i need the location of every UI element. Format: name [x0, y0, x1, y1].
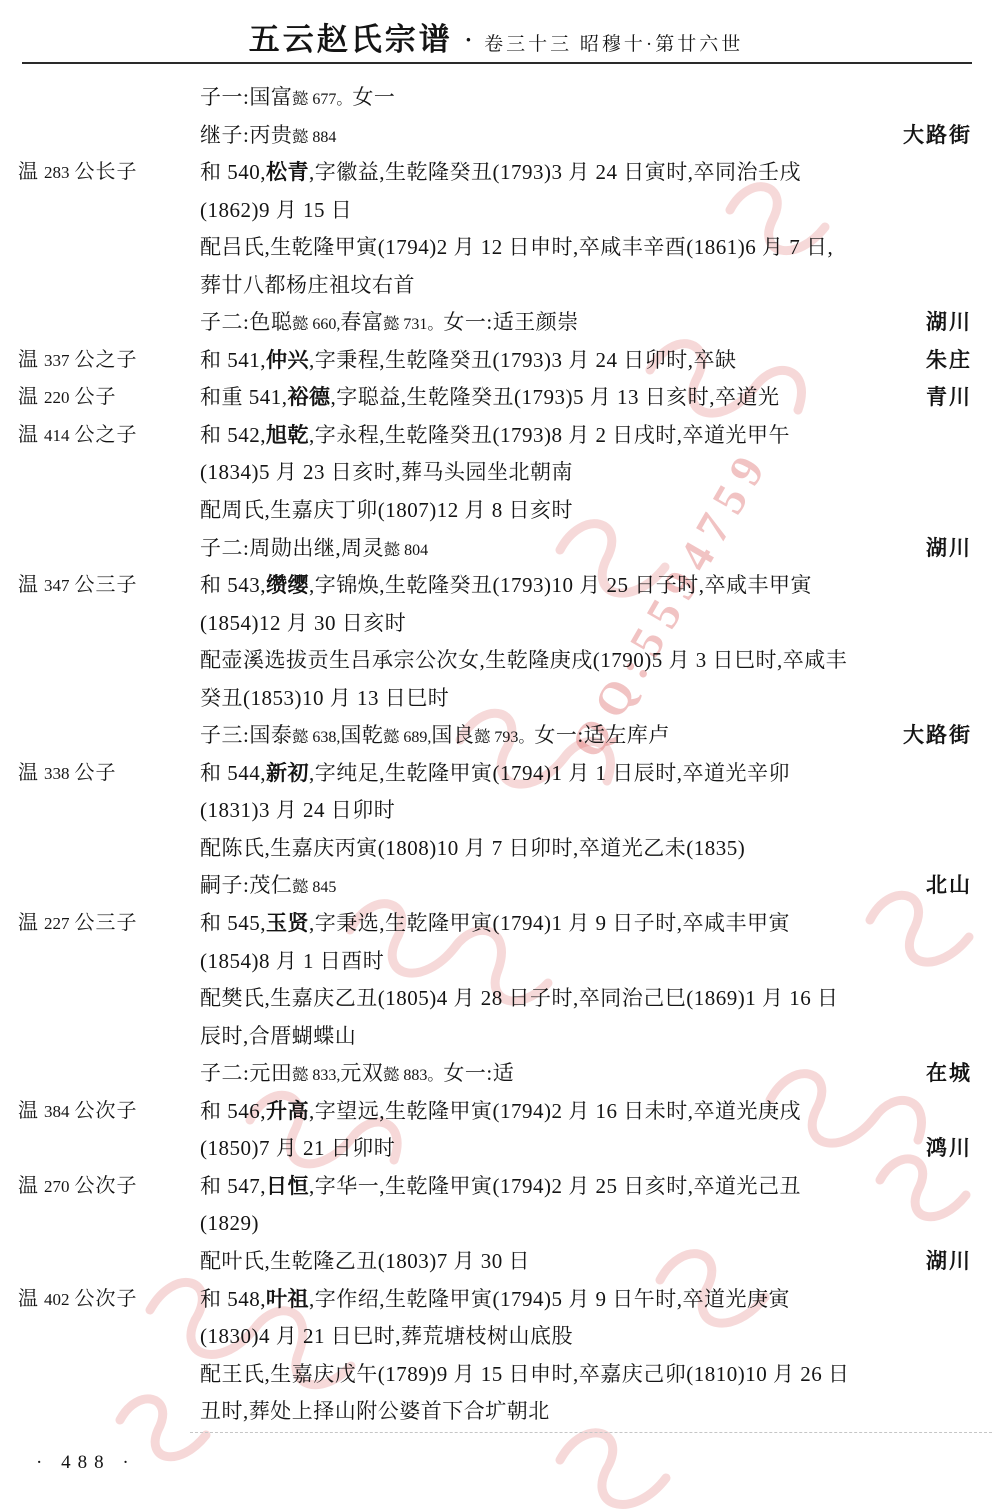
record-line: 继子:丙贵懿 884大路街: [0, 117, 992, 155]
record-line: 温347公三子和 543,缵缨,字锦焕,生乾隆癸丑(1793)10 月 25 日…: [0, 567, 992, 605]
record-line: 葬廿八都杨庄祖坟右首: [0, 267, 992, 305]
record-text: 和 548,叶祖,字作绍,生乾隆甲寅(1794)5 月 9 日午时,卒道光庚寅: [200, 1287, 790, 1311]
generation-label: 温414公之子: [18, 417, 138, 455]
record-text: 葬廿八都杨庄祖坟右首: [200, 273, 415, 297]
record-line: 温384公次子和 546,升高,字望远,生乾隆甲寅(1794)2 月 16 日未…: [0, 1093, 992, 1131]
record-line: 配周氏,生嘉庆丁卯(1807)12 月 8 日亥时: [0, 492, 992, 530]
place-name: 鸿川: [926, 1130, 972, 1168]
record-line: 配王氏,生嘉庆戊午(1789)9 月 15 日申时,卒嘉庆己卯(1810)10 …: [0, 1356, 992, 1394]
record-line: 嗣子:茂仁懿 845北山: [0, 867, 992, 905]
record-text: 子二:色聪懿 660,春富懿 731。女一:适王颜崇: [200, 310, 579, 334]
record-line: 温220公子和重 541,裕德,字聪益,生乾隆癸丑(1793)5 月 13 日亥…: [0, 379, 992, 417]
record-text: 配樊氏,生嘉庆乙丑(1805)4 月 28 日子时,卒同治己巳(1869)1 月…: [200, 986, 838, 1010]
record-line: 子二:周勋出继,周灵懿 804湖川: [0, 530, 992, 568]
record-text: 和重 541,裕德,字聪益,生乾隆癸丑(1793)5 月 13 日亥时,卒道光: [200, 385, 780, 409]
record-text: 辰时,合厝蝴蝶山: [200, 1024, 356, 1048]
place-name: 湖川: [926, 1243, 972, 1281]
record-line: 温270公次子和 547,日恒,字华一,生乾隆甲寅(1794)2 月 25 日亥…: [0, 1168, 992, 1206]
generation-label: 温347公三子: [18, 567, 138, 605]
record-text: 和 545,玉贤,字秉选,生乾隆甲寅(1794)1 月 9 日子时,卒咸丰甲寅: [200, 911, 790, 935]
record-text: 子二:元田懿 833,元双懿 883。女一:适: [200, 1061, 514, 1085]
page-number: · 488 ·: [36, 1452, 136, 1474]
header-rule: [22, 62, 972, 64]
record-line: 温402公次子和 548,叶祖,字作绍,生乾隆甲寅(1794)5 月 9 日午时…: [0, 1281, 992, 1319]
place-name: 湖川: [926, 530, 972, 568]
record-line: 子三:国泰懿 638,国乾懿 689,国良懿 793。女一:适左库卢大路街: [0, 717, 992, 755]
record-text: 配周氏,生嘉庆丁卯(1807)12 月 8 日亥时: [200, 498, 573, 522]
record-text: (1854)8 月 1 日酉时: [200, 949, 384, 973]
record-line: (1831)3 月 24 日卯时: [0, 792, 992, 830]
record-line: 子一:国富懿 677。女一: [0, 79, 992, 117]
record-line: 癸丑(1853)10 月 13 日巳时: [0, 680, 992, 718]
record-line: 辰时,合厝蝴蝶山: [0, 1018, 992, 1056]
record-text: (1831)3 月 24 日卯时: [200, 798, 395, 822]
generation-label: 温338公子: [18, 755, 117, 793]
generation-label: 温283公长子: [18, 154, 138, 192]
genealogy-records: 子一:国富懿 677。女一继子:丙贵懿 884大路街温283公长子和 540,松…: [0, 79, 992, 1431]
record-line: 子二:色聪懿 660,春富懿 731。女一:适王颜崇湖川: [0, 304, 992, 342]
record-text: 癸丑(1853)10 月 13 日巳时: [200, 686, 449, 710]
record-text: 和 547,日恒,字华一,生乾隆甲寅(1794)2 月 25 日亥时,卒道光己丑: [200, 1174, 801, 1198]
record-text: 子二:周勋出继,周灵懿 804: [200, 536, 428, 560]
record-text: (1854)12 月 30 日亥时: [200, 611, 406, 635]
record-text: 和 540,松青,字徽益,生乾隆癸丑(1793)3 月 24 日寅时,卒同治壬戌: [200, 160, 801, 184]
record-text: (1830)4 月 21 日巳时,葬荒塘枝树山底股: [200, 1324, 573, 1348]
record-text: 配叶氏,生乾隆乙丑(1803)7 月 30 日: [200, 1249, 530, 1273]
record-line: (1862)9 月 15 日: [0, 192, 992, 230]
record-text: (1829): [200, 1211, 259, 1235]
record-text: 配王氏,生嘉庆戊午(1789)9 月 15 日申时,卒嘉庆己卯(1810)10 …: [200, 1362, 849, 1386]
record-line: 丑时,葬处上择山附公婆首下合圹朝北: [0, 1393, 992, 1431]
record-text: 丑时,葬处上择山附公婆首下合圹朝北: [200, 1399, 550, 1423]
record-line: (1854)12 月 30 日亥时: [0, 605, 992, 643]
generation-label: 温220公子: [18, 379, 117, 417]
record-text: 配壶溪选拔贡生吕承宗公次女,生乾隆庚戌(1790)5 月 3 日巳时,卒咸丰: [200, 648, 847, 672]
page-header: 五云赵氏宗谱 · 卷三十三 昭穆十·第廿六世: [0, 14, 992, 59]
record-text: 配陈氏,生嘉庆丙寅(1808)10 月 7 日卯时,卒道光乙未(1835): [200, 836, 745, 860]
record-line: 配叶氏,生乾隆乙丑(1803)7 月 30 日湖川: [0, 1243, 992, 1281]
record-text: (1834)5 月 23 日亥时,葬马头园坐北朝南: [200, 460, 573, 484]
place-name: 大路街: [903, 117, 972, 155]
record-text: (1862)9 月 15 日: [200, 198, 352, 222]
record-text: 配吕氏,生乾隆甲寅(1794)2 月 12 日申时,卒咸丰辛酉(1861)6 月…: [200, 235, 833, 259]
record-line: 温227公三子和 545,玉贤,字秉选,生乾隆甲寅(1794)1 月 9 日子时…: [0, 905, 992, 943]
record-text: 和 544,新初,字纯足,生乾隆甲寅(1794)1 月 1 日辰时,卒道光辛卯: [200, 761, 790, 785]
record-line: (1850)7 月 21 日卯时鸿川: [0, 1130, 992, 1168]
record-line: 配樊氏,生嘉庆乙丑(1805)4 月 28 日子时,卒同治己巳(1869)1 月…: [0, 980, 992, 1018]
record-line: (1834)5 月 23 日亥时,葬马头园坐北朝南: [0, 454, 992, 492]
generation-label: 温337公之子: [18, 342, 138, 380]
record-line: (1830)4 月 21 日巳时,葬荒塘枝树山底股: [0, 1318, 992, 1356]
generation-label: 温384公次子: [18, 1093, 138, 1131]
record-text: 和 541,仲兴,字秉程,生乾隆癸丑(1793)3 月 24 日卯时,卒缺: [200, 348, 737, 372]
record-text: 和 542,旭乾,字永程,生乾隆癸丑(1793)8 月 2 日戌时,卒道光甲午: [200, 423, 790, 447]
record-text: 子三:国泰懿 638,国乾懿 689,国良懿 793。女一:适左库卢: [200, 723, 670, 747]
generation-label: 温270公次子: [18, 1168, 138, 1206]
header-separator-dot: ·: [465, 27, 472, 52]
record-line: 配吕氏,生乾隆甲寅(1794)2 月 12 日申时,卒咸丰辛酉(1861)6 月…: [0, 229, 992, 267]
record-text: 嗣子:茂仁懿 845: [200, 873, 336, 897]
record-line: 温338公子和 544,新初,字纯足,生乾隆甲寅(1794)1 月 1 日辰时,…: [0, 755, 992, 793]
record-line: 子二:元田懿 833,元双懿 883。女一:适在城: [0, 1055, 992, 1093]
record-text: 继子:丙贵懿 884: [200, 123, 336, 147]
record-line: 温414公之子和 542,旭乾,字永程,生乾隆癸丑(1793)8 月 2 日戌时…: [0, 417, 992, 455]
record-text: (1850)7 月 21 日卯时: [200, 1136, 395, 1160]
record-line: 配陈氏,生嘉庆丙寅(1808)10 月 7 日卯时,卒道光乙未(1835): [0, 830, 992, 868]
place-name: 大路街: [903, 717, 972, 755]
record-line: (1854)8 月 1 日酉时: [0, 943, 992, 981]
place-name: 北山: [926, 867, 972, 905]
generation-label: 温402公次子: [18, 1281, 138, 1319]
record-text: 和 543,缵缨,字锦焕,生乾隆癸丑(1793)10 月 25 日子时,卒咸丰甲…: [200, 573, 812, 597]
record-text: 子一:国富懿 677。女一: [200, 85, 395, 109]
place-name: 湖川: [926, 304, 972, 342]
place-name: 青川: [926, 379, 972, 417]
record-line: 温337公之子和 541,仲兴,字秉程,生乾隆癸丑(1793)3 月 24 日卯…: [0, 342, 992, 380]
record-line: (1829): [0, 1205, 992, 1243]
place-name: 在城: [926, 1055, 972, 1093]
bottom-scan-line: [190, 1432, 992, 1433]
header-subtitle: 卷三十三 昭穆十·第廿六世: [484, 34, 743, 55]
header-title: 五云赵氏宗谱: [249, 22, 453, 57]
generation-label: 温227公三子: [18, 905, 138, 943]
place-name: 朱庄: [926, 342, 972, 380]
record-line: 温283公长子和 540,松青,字徽益,生乾隆癸丑(1793)3 月 24 日寅…: [0, 154, 992, 192]
record-line: 配壶溪选拔贡生吕承宗公次女,生乾隆庚戌(1790)5 月 3 日巳时,卒咸丰: [0, 642, 992, 680]
record-text: 和 546,升高,字望远,生乾隆甲寅(1794)2 月 16 日未时,卒道光庚戌: [200, 1099, 801, 1123]
